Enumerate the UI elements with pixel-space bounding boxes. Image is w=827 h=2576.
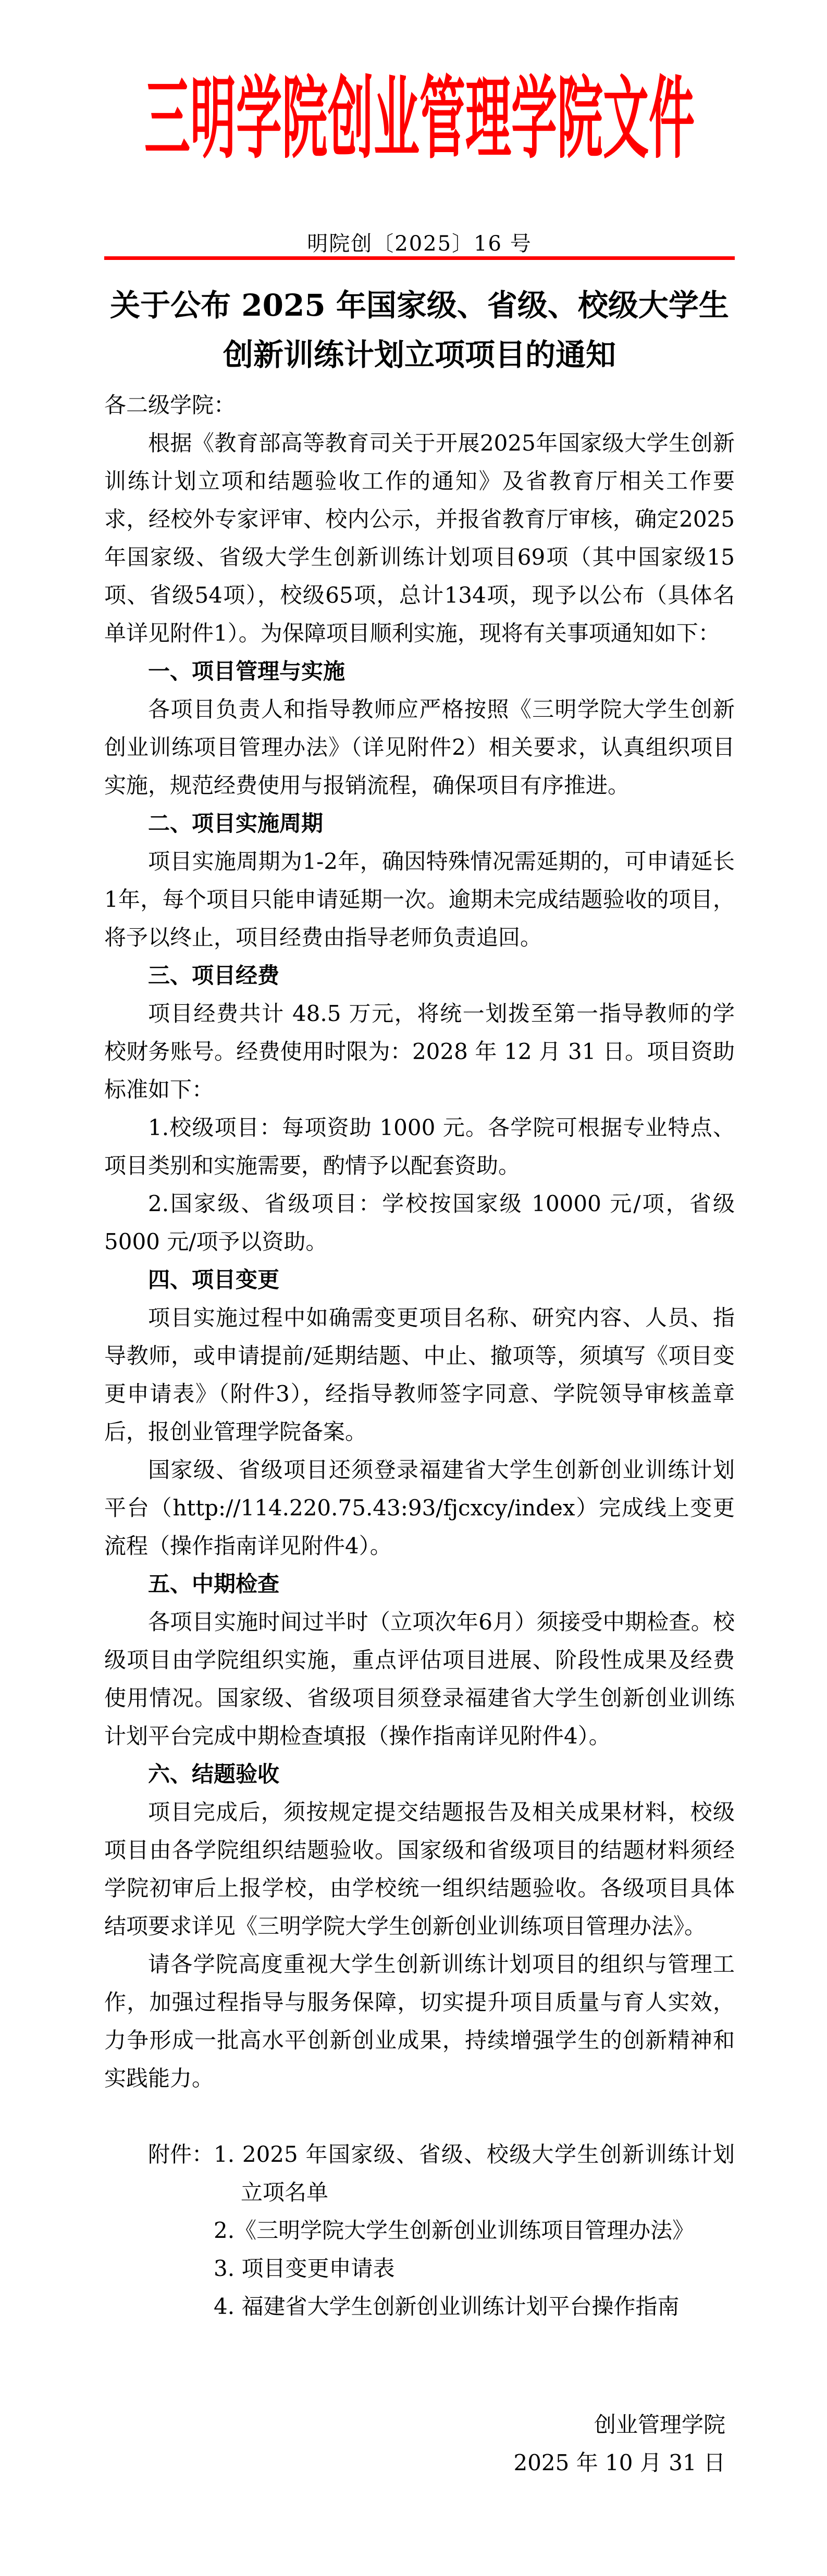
issue-date: 2025 年 10 月 31 日 xyxy=(104,2444,735,2482)
letterhead-title: 三明学院创业管理学院文件 xyxy=(144,48,695,176)
notice-title-line1: 关于公布 2025 年国家级、省级、校级大学生 xyxy=(104,281,735,330)
attachments-block: 附件： 1. 2025 年国家级、省级、校级大学生创新训练计划立项名单 2.《三… xyxy=(104,2135,735,2325)
section-heading-6: 六、结题验收 xyxy=(104,1755,735,1793)
attachment-item-3: 3. 项目变更申请表 xyxy=(214,2249,735,2287)
attachment-item-4: 4. 福建省大学生创新创业训练计划平台操作指南 xyxy=(214,2287,735,2325)
attachments-list: 1. 2025 年国家级、省级、校级大学生创新训练计划立项名单 2.《三明学院大… xyxy=(214,2135,735,2325)
attachments-label: 附件： xyxy=(148,2135,214,2325)
section-6-paragraph: 项目完成后，须按规定提交结题报告及相关成果材料，校级项目由各学院组织结题验收。国… xyxy=(104,1793,735,1945)
paragraph-intro: 根据《教育部高等教育司关于开展2025年国家级大学生创新训练计划立项和结题验收工… xyxy=(104,424,735,652)
official-document-page: 三明学院创业管理学院文件 明院创〔2025〕16 号 关于公布 2025 年国家… xyxy=(0,0,827,2576)
attachment-item-1: 1. 2025 年国家级、省级、校级大学生创新训练计划立项名单 xyxy=(214,2135,735,2211)
section-4-paragraph-2: 国家级、省级项目还须登录福建省大学生创新创业训练计划平台（http://114.… xyxy=(104,1451,735,1565)
section-3-item-1: 1.校级项目：每项资助 1000 元。各学院可根据专业特点、项目类别和实施需要，… xyxy=(104,1109,735,1185)
salutation: 各二级学院： xyxy=(104,386,735,424)
section-heading-5: 五、中期检查 xyxy=(104,1565,735,1603)
closing-paragraph: 请各学院高度重视大学生创新训练计划项目的组织与管理工作，加强过程指导与服务保障，… xyxy=(104,1945,735,2097)
section-2-paragraph: 项目实施周期为1-2年，确因特殊情况需延期的，可申请延长1年，每个项目只能申请延… xyxy=(104,842,735,956)
red-divider-line xyxy=(104,256,735,260)
section-5-paragraph: 各项目实施时间过半时（立项次年6月）须接受中期检查。校级项目由学院组织实施，重点… xyxy=(104,1603,735,1755)
red-letterhead: 三明学院创业管理学院文件 xyxy=(104,52,735,172)
section-1-paragraph: 各项目负责人和指导教师应严格按照《三明学院大学生创新创业训练项目管理办法》（详见… xyxy=(104,690,735,804)
section-3-paragraph: 项目经费共计 48.5 万元，将统一划拨至第一指导教师的学校财务账号。经费使用时… xyxy=(104,994,735,1109)
section-heading-1: 一、项目管理与实施 xyxy=(104,652,735,690)
section-3-item-2: 2.国家级、省级项目：学校按国家级 10000 元/项，省级 5000 元/项予… xyxy=(104,1185,735,1261)
attachment-item-2: 2.《三明学院大学生创新创业训练项目管理办法》 xyxy=(214,2211,735,2249)
notice-title-line2: 创新训练计划立项项目的通知 xyxy=(104,330,735,380)
issuing-department-signature: 创业管理学院 xyxy=(104,2406,735,2444)
section-heading-4: 四、项目变更 xyxy=(104,1261,735,1299)
section-4-paragraph-1: 项目实施过程中如确需变更项目名称、研究内容、人员、指导教师，或申请提前/延期结题… xyxy=(104,1299,735,1451)
document-number: 明院创〔2025〕16 号 xyxy=(104,233,735,254)
notice-title: 关于公布 2025 年国家级、省级、校级大学生 创新训练计划立项项目的通知 xyxy=(104,281,735,380)
document-content: 三明学院创业管理学院文件 明院创〔2025〕16 号 关于公布 2025 年国家… xyxy=(0,52,827,2482)
section-heading-2: 二、项目实施周期 xyxy=(104,804,735,842)
section-heading-3: 三、项目经费 xyxy=(104,956,735,994)
